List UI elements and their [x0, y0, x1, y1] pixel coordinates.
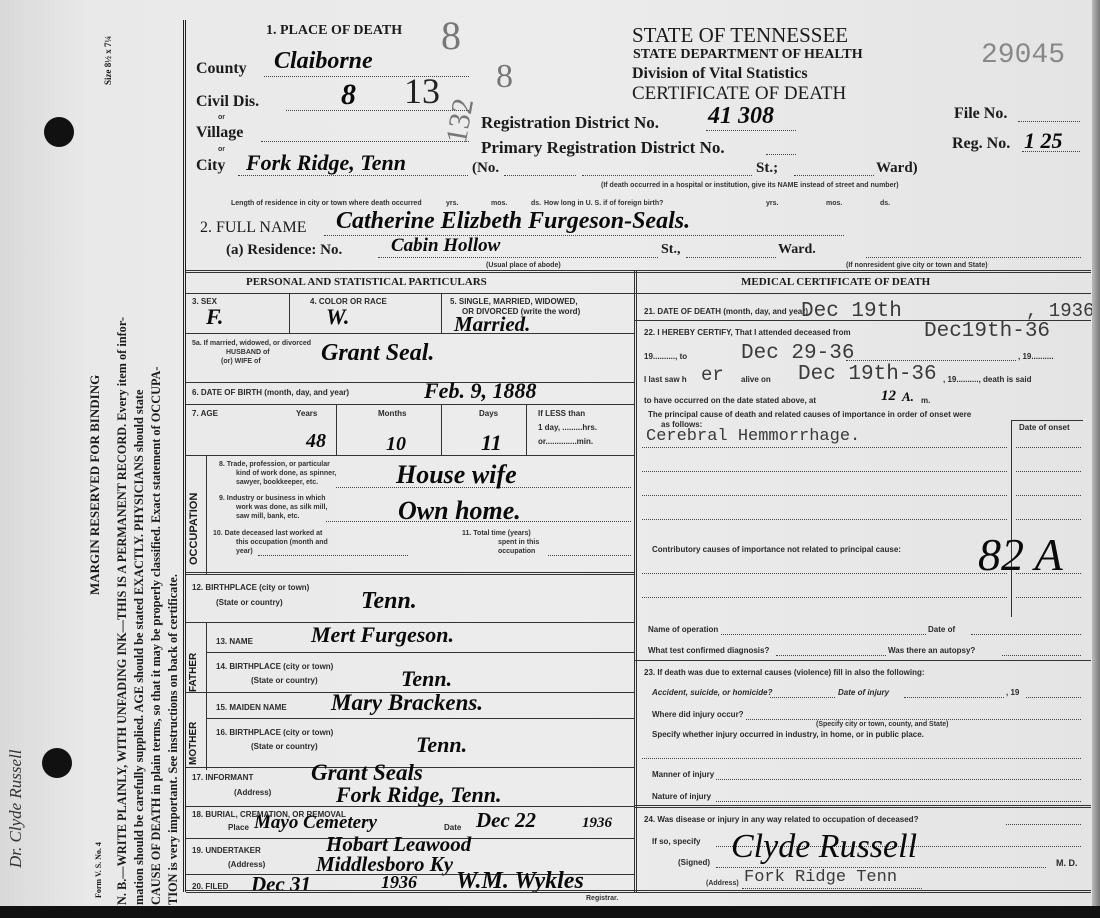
reg-no-value: 1 25 [1024, 128, 1063, 154]
trade-value: House wife [396, 460, 517, 490]
yrs-label: yrs. [446, 200, 458, 207]
attended-19-label: 19.........., to [644, 352, 687, 361]
last-worked-label-3: year) [236, 548, 253, 555]
father-name-value: Mert Furgeson. [311, 622, 454, 648]
occurred-ampm-value: A. [902, 389, 914, 405]
undertaker-label: 19. UNDERTAKER [192, 846, 261, 855]
pencil-mark: 8 [441, 12, 461, 59]
spouse-label-1: 5a. If married, widowed, or divorced [192, 340, 311, 347]
age-days-value: 11 [481, 430, 502, 456]
injury-date-label: Date of injury [838, 688, 889, 697]
spouse-label-3: (or) WIFE of [221, 358, 261, 365]
birthplace-label-2: (State or country) [216, 598, 283, 607]
attended-19-end-label: , 19.......... [1018, 352, 1054, 361]
page-bottom-edge [0, 906, 1100, 918]
occurred-at-label: to have occurred on the date stated abov… [644, 396, 816, 405]
punch-hole-bottom [42, 748, 72, 778]
last-worked-label-2: this occupation (month and [236, 539, 328, 546]
burial-date-value: Dec 22 [476, 808, 536, 833]
physician-address-value: Fork Ridge Tenn [744, 868, 897, 887]
industry-label-2: work was done, as silk mill, [236, 504, 327, 511]
size-note: Size 8½ x 7¼ [103, 36, 113, 85]
physician-signature: Clyde Russell [731, 828, 917, 866]
if-so-specify-label: If so, specify [652, 837, 700, 846]
margin-reserved-label: MARGIN RESERVED FOR BINDING [87, 375, 103, 595]
where-injury-label: Where did injury occur? [652, 710, 744, 719]
binding-margin: Size 8½ x 7¼ MARGIN RESERVED FOR BINDING… [0, 0, 185, 906]
division-title: Division of Vital Statistics [632, 65, 808, 83]
undertaker-address-label: (Address) [228, 860, 265, 869]
nonresident-note: (If nonresident give city or town and St… [846, 262, 988, 269]
city-label: City [196, 157, 225, 175]
foreign-birth-label: How long in U. S. if of foreign birth? [544, 200, 663, 207]
registration-district-label: Registration District No. [481, 113, 659, 133]
industry-label-1: 9. Industry or business in which [219, 495, 326, 502]
mother-name-label: 15. MAIDEN NAME [216, 703, 287, 712]
instructions-line-3: CAUSE OF DEATH in plain terms, so that i… [149, 366, 164, 905]
occurred-time-value: 12 [881, 388, 896, 405]
operation-label: Name of operation [648, 625, 718, 634]
street-label: St.; [756, 160, 778, 177]
date-of-death-label: 21. DATE OF DEATH (month, day, and year) [644, 307, 808, 316]
county-value: Claiborne [274, 48, 373, 75]
mother-birthplace-value: Tenn. [416, 732, 467, 758]
trade-label-2: kind of work done, as spinner, [236, 470, 336, 477]
father-birthplace-label-2: (State or country) [251, 676, 318, 685]
mother-side-label: MOTHER [188, 722, 199, 765]
birthplace-label-1: 12. BIRTHPLACE (city or town) [192, 583, 309, 592]
father-side-label: FATHER [188, 653, 199, 692]
age-months-value: 10 [386, 433, 406, 456]
residence-value: Cabin Hollow [391, 235, 500, 257]
address-label: (Address) [706, 880, 739, 887]
instructions-line-2: mation should be carefully supplied. AGE… [132, 390, 147, 905]
occupation-related-label: 24. Was disease or injury in any way rel… [644, 815, 918, 824]
usual-abode-note: (Usual place of abode) [486, 262, 561, 269]
father-birthplace-value: Tenn. [401, 666, 452, 692]
village-label: Village [196, 124, 243, 142]
city-value: Fork Ridge, Tenn [246, 150, 406, 176]
mother-birthplace-label-2: (State or country) [251, 742, 318, 751]
civil-district-label: Civil Dis. [196, 93, 259, 111]
instructions-line-1: N. B.—WRITE PLAINLY, WITH UNFADING INK—T… [115, 317, 130, 905]
spouse-label-2: HUSBAND of [226, 349, 270, 356]
years-label: Years [296, 409, 317, 418]
signed-label: (Signed) [678, 858, 710, 867]
form-number: Form V. S. No. 4 [94, 842, 103, 898]
or-label: or [218, 146, 225, 153]
state-title: STATE OF TENNESSEE [632, 23, 848, 48]
total-time-label-1: 11. Total time (years) [462, 530, 531, 537]
page-right-edge [1092, 0, 1100, 918]
principal-cause-value: Cerebral Hemmorrhage. [646, 427, 860, 446]
informant-address-value: Fork Ridge, Tenn. [336, 782, 501, 808]
county-label: County [196, 60, 247, 78]
principal-cause-label-1: The principal cause of death and related… [648, 410, 971, 419]
full-name-label: 2. FULL NAME [200, 219, 307, 237]
certificate-form: 1. PLACE OF DEATH County Claiborne Civil… [183, 20, 1088, 892]
age-years-value: 48 [306, 430, 326, 453]
yrs-label: yrs. [766, 200, 778, 207]
instructions-line-4: TION is very important. See instructions… [166, 574, 181, 905]
specify-industry-label: Specify whether injury occurred in indus… [652, 730, 924, 739]
dob-value: Feb. 9, 1888 [424, 378, 536, 404]
burial-place-label: Place [228, 823, 249, 832]
last-saw-pronoun: er [701, 364, 724, 386]
total-time-label-3: occupation [498, 548, 535, 555]
reg-no-label: Reg. No. [952, 135, 1010, 153]
punch-hole-top [44, 117, 74, 147]
pencil-mark: 132 [440, 96, 481, 146]
death-said-label: , 19.........., death is said [943, 375, 1031, 384]
accident-label: Accident, suicide, or homicide? [652, 688, 772, 697]
birthplace-value: Tenn. [361, 588, 417, 615]
spouse-value: Grant Seal. [321, 340, 434, 367]
less-than-label-1: If LESS than [538, 409, 585, 418]
trade-label-3: sawyer, bookkeeper, etc. [236, 479, 318, 486]
pencil-mark: 13 [404, 70, 440, 112]
marital-label-1: 5. SINGLE, MARRIED, WIDOWED, [450, 297, 578, 306]
color-race-value: W. [326, 304, 349, 330]
last-saw-label: I last saw h [644, 375, 687, 384]
registration-district-value: 41 308 [708, 103, 774, 130]
test-confirmed-label: What test confirmed diagnosis? [648, 646, 769, 655]
or-label: or [218, 114, 225, 121]
full-name-value: Catherine Elizbeth Furgeson-Seals. [336, 208, 690, 235]
burial-year-value: 1936 [582, 815, 612, 832]
attended-from-value: Dec19th-36 [924, 320, 1050, 343]
personal-section-title: PERSONAL AND STATISTICAL PARTICULARS [246, 276, 487, 288]
father-birthplace-label-1: 14. BIRTHPLACE (city or town) [216, 662, 333, 671]
registrar-label: Registrar. [586, 895, 618, 902]
trade-label-1: 8. Trade, profession, or particular [219, 461, 330, 468]
last-saw-date: Dec 19th-36 [798, 363, 937, 386]
months-label: Months [378, 409, 406, 418]
mos-label: mos. [491, 200, 507, 207]
nature-of-injury-label: Nature of injury [652, 792, 711, 801]
specify-city-note: (Specify city or town, county, and State… [816, 721, 949, 728]
operation-date-label: Date of [928, 625, 955, 634]
residence-label: (a) Residence: No. [226, 242, 342, 259]
sex-value: F. [206, 304, 223, 330]
pencil-mark: 8 [496, 58, 513, 96]
medical-section-title: MEDICAL CERTIFICATE OF DEATH [741, 276, 930, 288]
certificate-title: CERTIFICATE OF DEATH [632, 83, 846, 105]
manner-of-injury-label: Manner of injury [652, 770, 714, 779]
contributory-cause-label: Contributory causes of importance not re… [652, 545, 901, 554]
less-than-label-3: or..............min. [538, 437, 593, 446]
stamp-number: 29045 [981, 40, 1065, 71]
informant-label: 17. INFORMANT [192, 773, 253, 782]
ward-label: Ward) [876, 160, 918, 177]
informant-address-label: (Address) [234, 788, 271, 797]
last-worked-label-1: 10. Date deceased last worked at [213, 530, 322, 537]
death-certificate-page: Size 8½ x 7¼ MARGIN RESERVED FOR BINDING… [0, 0, 1100, 918]
date-of-death-year: , 1936 [1026, 300, 1094, 322]
primary-registration-label: Primary Registration District No. [481, 138, 725, 158]
filed-date-value: Dec 31 [251, 872, 311, 897]
occurred-m-label: m. [921, 396, 930, 405]
street-number-label: (No. [472, 160, 499, 177]
external-causes-label: 23. If death was due to external causes … [644, 668, 925, 677]
age-label: 7. AGE [192, 409, 218, 418]
residence-ward-label: Ward. [778, 242, 816, 258]
burial-place-value: Mayo Cemetery [254, 812, 377, 834]
less-than-label-2: 1 day, .........hrs. [538, 423, 597, 432]
injury-year-label: , 19 [1006, 688, 1019, 697]
mother-name-value: Mary Brackens. [331, 690, 483, 716]
total-time-label-2: spent in this [498, 539, 539, 546]
place-of-death-heading: 1. PLACE OF DEATH [266, 23, 402, 39]
occupation-side-label: OCCUPATION [188, 493, 200, 565]
alive-on-label: alive on [741, 375, 771, 384]
autopsy-label: Was there an autopsy? [888, 646, 975, 655]
department-title: STATE DEPARTMENT OF HEALTH [633, 47, 863, 63]
residence-length-label: Length of residence in city or town wher… [231, 200, 422, 207]
ds-label: ds. [531, 200, 541, 207]
dob-label: 6. DATE OF BIRTH (month, day, and year) [192, 388, 349, 397]
father-name-label: 13. NAME [216, 637, 253, 646]
hospital-note: (If death occurred in a hospital or inst… [601, 182, 899, 189]
residence-street-label: St., [661, 242, 680, 258]
mos-label: mos. [826, 200, 842, 207]
attended-to-value: Dec 29-36 [741, 342, 854, 365]
ds-label: ds. [880, 200, 890, 207]
date-of-onset-label: Date of onset [1019, 423, 1070, 432]
industry-label-3: saw mill, bank, etc. [236, 513, 299, 520]
civil-district-value: 8 [341, 78, 356, 112]
physician-margin-note: Dr. Clyde Russell [6, 749, 26, 868]
days-label: Days [479, 409, 498, 418]
industry-value: Own home. [398, 496, 521, 526]
file-no-label: File No. [954, 105, 1007, 123]
md-label: M. D. [1056, 858, 1078, 868]
certify-label: 22. I HEREBY CERTIFY, That I attended de… [644, 328, 851, 337]
burial-date-label: Date [444, 823, 461, 832]
mother-birthplace-label-1: 16. BIRTHPLACE (city or town) [216, 728, 333, 737]
